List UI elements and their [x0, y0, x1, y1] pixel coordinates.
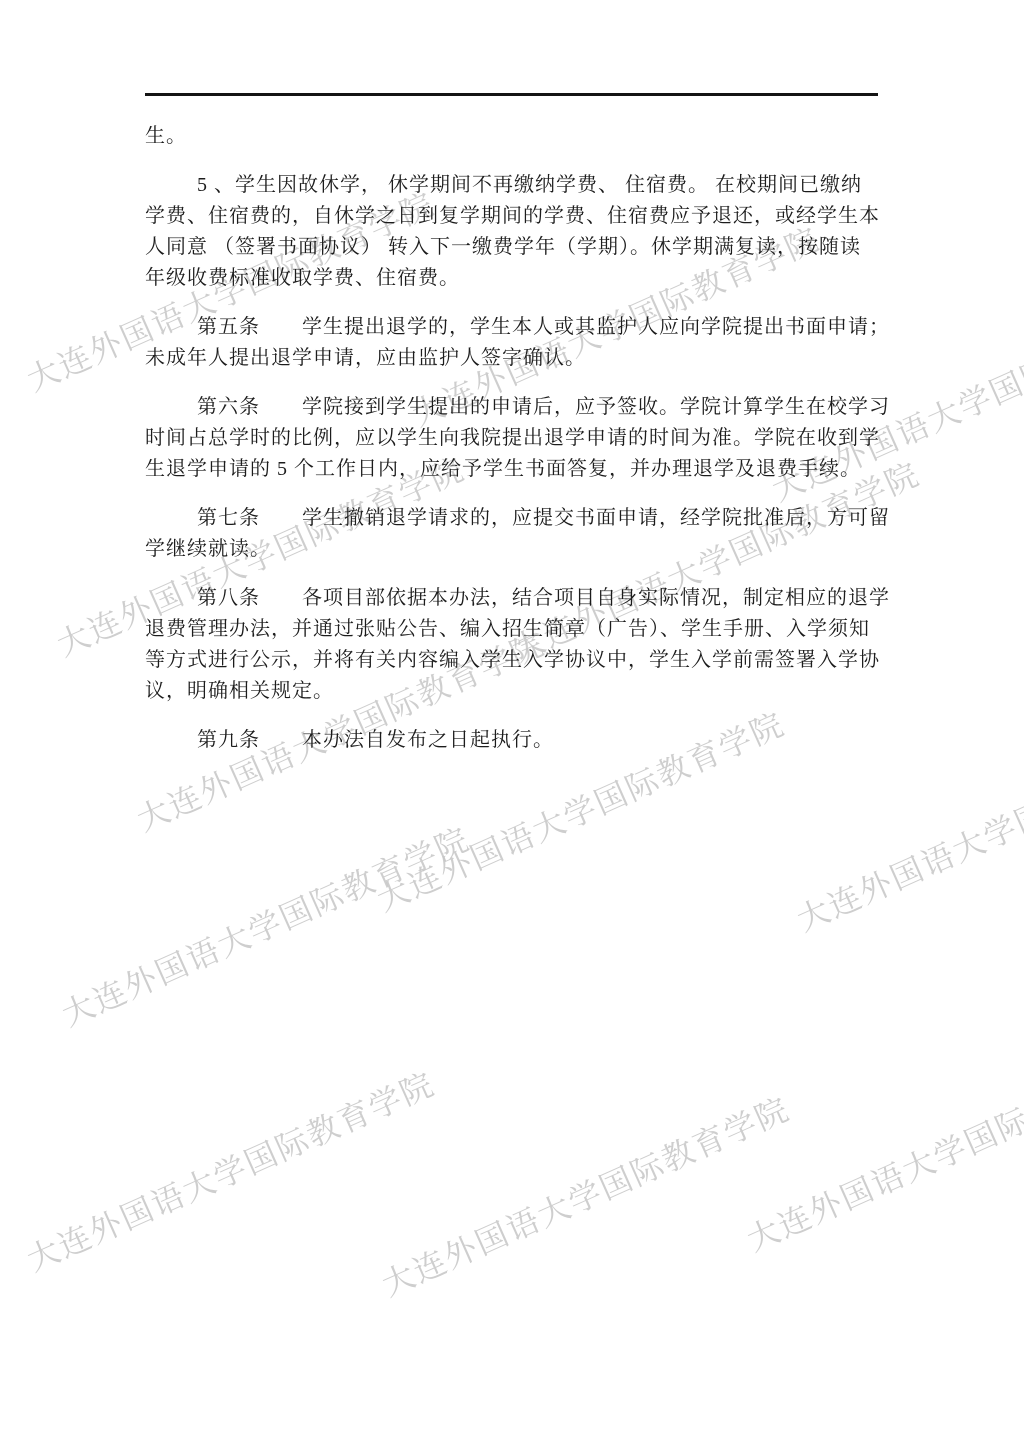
text-line: 人同意 （签署书面协议） 转入下一缴费学年（学期）。休学期满复读，按随读 — [145, 232, 882, 263]
document-page: 大连外国语大学国际教育学院大连外国语大学国际教育学院大连外国语大学国际教育学院大… — [0, 0, 1024, 1449]
text-line: 生退学申请的 5 个工作日内，应给予学生书面答复，并办理退学及退费手续。 — [145, 454, 882, 485]
document-content: 生。5 、学生因故休学， 休学期间不再缴纳学费、 住宿费。 在校期间已缴纳学费、… — [0, 0, 1024, 1449]
paragraph: 生。 — [145, 121, 882, 152]
header-rule — [145, 93, 878, 96]
text-line: 年级收费标准收取学费、住宿费。 — [145, 263, 882, 294]
paragraph: 5 、学生因故休学， 休学期间不再缴纳学费、 住宿费。 在校期间已缴纳学费、住宿… — [145, 170, 882, 294]
paragraph: 第五条 学生提出退学的，学生本人或其监护人应向学院提出书面申请；未成年人提出退学… — [145, 312, 882, 374]
paragraph: 第六条 学院接到学生提出的申请后，应予签收。学院计算学生在校学习时间占总学时的比… — [145, 392, 882, 485]
text-line: 时间占总学时的比例，应以学生向我院提出退学申请的时间为准。学院在收到学 — [145, 423, 882, 454]
text-line: 第九条 本办法自发布之日起执行。 — [145, 725, 882, 756]
text-line: 等方式进行公示，并将有关内容编入学生入学协议中，学生入学前需签署入学协 — [145, 645, 882, 676]
text-line: 5 、学生因故休学， 休学期间不再缴纳学费、 住宿费。 在校期间已缴纳 — [145, 170, 882, 201]
text-line: 生。 — [145, 121, 882, 152]
text-line: 未成年人提出退学申请，应由监护人签字确认。 — [145, 343, 882, 374]
paragraph: 第七条 学生撤销退学请求的，应提交书面申请，经学院批准后，方可留学继续就读。 — [145, 503, 882, 565]
text-line: 学继续就读。 — [145, 534, 882, 565]
text-line: 第七条 学生撤销退学请求的，应提交书面申请，经学院批准后，方可留 — [145, 503, 882, 534]
text-line: 退费管理办法，并通过张贴公告、编入招生简章（广告）、学生手册、入学须知 — [145, 614, 882, 645]
text-line: 第五条 学生提出退学的，学生本人或其监护人应向学院提出书面申请； — [145, 312, 882, 343]
paragraph: 第八条 各项目部依据本办法，结合项目自身实际情况，制定相应的退学退费管理办法，并… — [145, 583, 882, 707]
document-body: 生。5 、学生因故休学， 休学期间不再缴纳学费、 住宿费。 在校期间已缴纳学费、… — [145, 121, 882, 756]
text-line: 第八条 各项目部依据本办法，结合项目自身实际情况，制定相应的退学 — [145, 583, 882, 614]
paragraph: 第九条 本办法自发布之日起执行。 — [145, 725, 882, 756]
text-line: 学费、住宿费的，自休学之日到复学期间的学费、住宿费应予退还，或经学生本 — [145, 201, 882, 232]
text-line: 议，明确相关规定。 — [145, 676, 882, 707]
text-line: 第六条 学院接到学生提出的申请后，应予签收。学院计算学生在校学习 — [145, 392, 882, 423]
